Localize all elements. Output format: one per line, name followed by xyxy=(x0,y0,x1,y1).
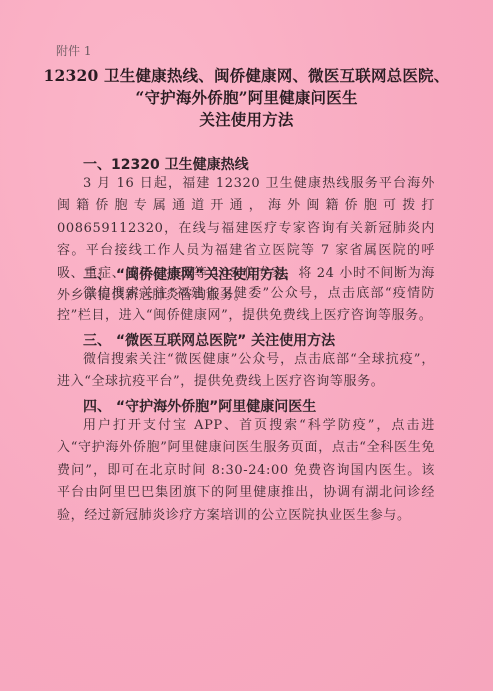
section-2-body: 微信搜索关注“福建省卫健委”公众号，点击底部“疫情防控”栏目，进入“闽侨健康网”… xyxy=(57,283,435,328)
section-3-body: 微信搜索关注“微医健康”公众号，点击底部“全球抗疫”，进入“全球抗疫平台”，提供… xyxy=(57,349,435,394)
section-2-heading: 二、 “闽侨健康网”关注使用方法 xyxy=(83,264,288,284)
title-line-1: 12320 卫生健康热线、闽侨健康网、微医互联网总医院、 xyxy=(40,64,453,86)
section-1-heading: 一、12320 卫生健康热线 xyxy=(83,154,249,174)
section-4-heading: 四、 “守护海外侨胞”阿里健康问医生 xyxy=(83,396,316,416)
section-3-heading: 三、 “微医互联网总医院” 关注使用方法 xyxy=(83,330,335,350)
section-4-body: 用户打开支付宝 APP、首页搜索“科学防疫”，点击进入“守护海外侨胞”阿里健康问… xyxy=(57,415,435,527)
attachment-label: 附件 1 xyxy=(56,42,91,59)
title-line-2: “守护海外侨胞”阿里健康问医生 xyxy=(40,86,453,108)
document-page: 附件 1 12320 卫生健康热线、闽侨健康网、微医互联网总医院、 “守护海外侨… xyxy=(0,0,493,691)
title-line-3: 关注使用方法 xyxy=(40,108,453,130)
